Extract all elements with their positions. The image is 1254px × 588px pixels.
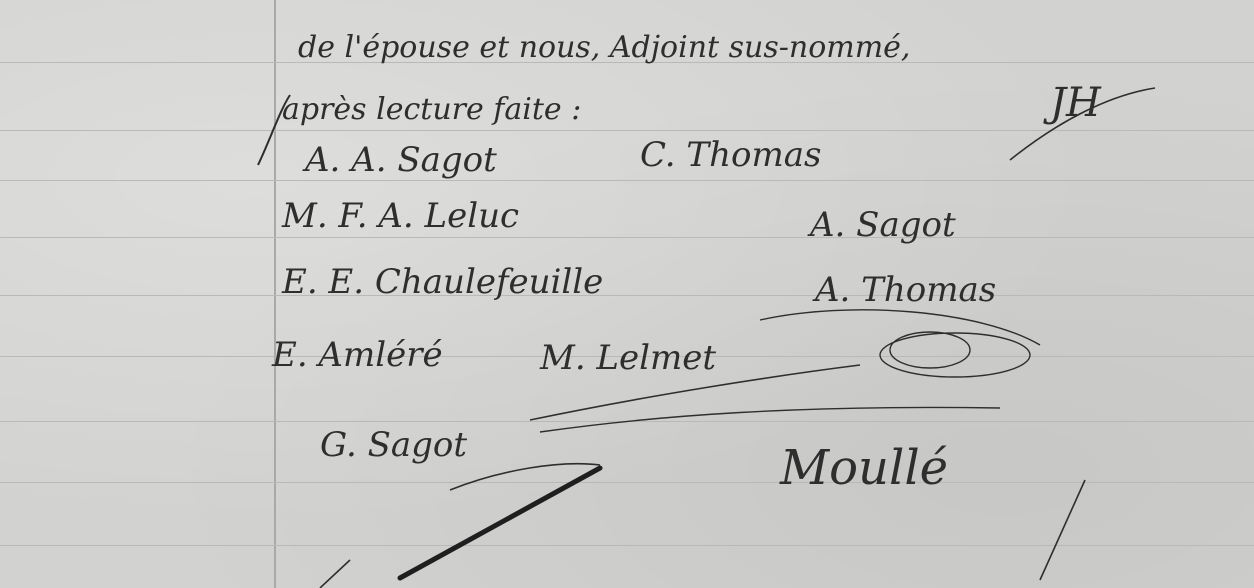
register-page: de l'épouse et nous, Adjoint sus-nommé, … bbox=[0, 0, 1254, 588]
ink-flourishes bbox=[0, 0, 1254, 588]
